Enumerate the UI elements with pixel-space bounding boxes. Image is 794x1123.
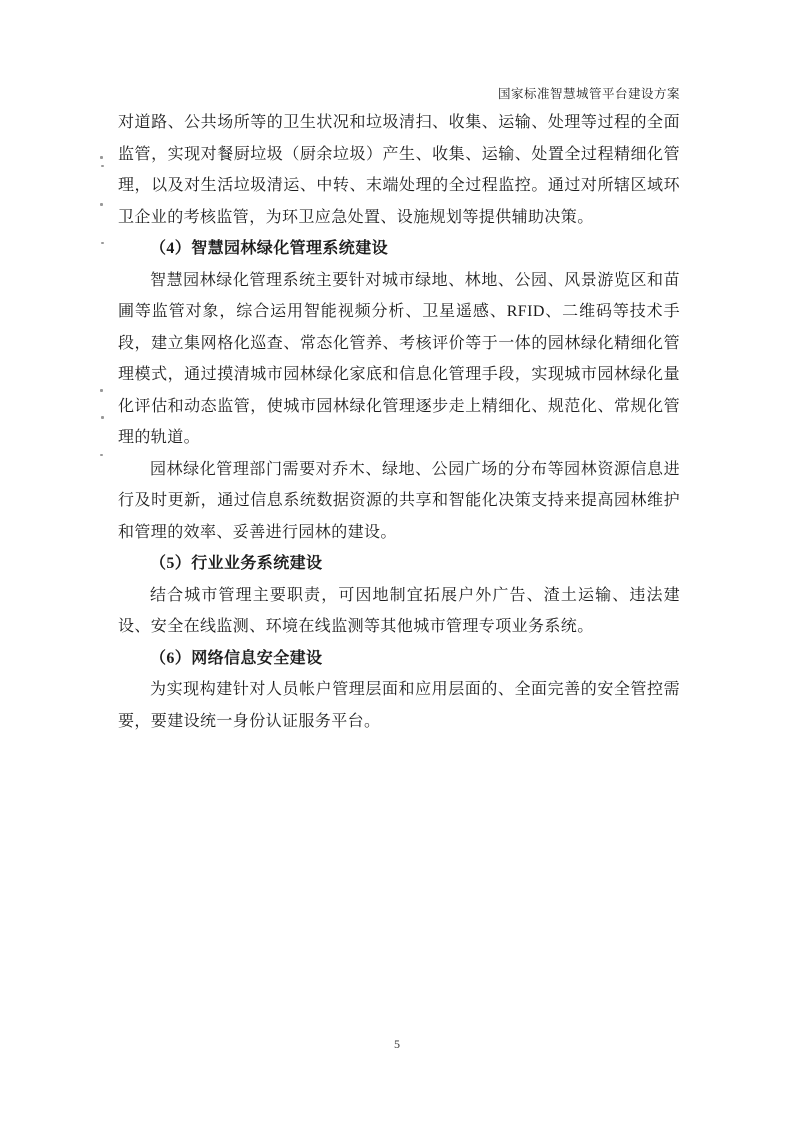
paragraph-landscaping-system-overview: 智慧园林绿化管理系统主要针对城市绿地、林地、公园、风景游览区和苗圃等监管对象，综… — [118, 265, 680, 454]
scan-artifact — [101, 165, 104, 167]
document-body: 对道路、公共场所等的卫生状况和垃圾清扫、收集、运输、处理等过程的全面监管，实现对… — [118, 107, 680, 737]
paragraph-industry-business-scope: 结合城市管理主要职责，可因地制宜拓展户外广告、渣土运输、违法建设、安全在线监测、… — [118, 580, 680, 643]
paragraph-identity-authentication-platform: 为实现构建针对人员帐户管理层面和应用层面的、全面完善的安全管控需要，要建设统一身… — [118, 674, 680, 737]
paragraph-landscaping-resource-update: 园林绿化管理部门需要对乔木、绿地、公园广场的分布等园林资源信息进行及时更新，通过… — [118, 454, 680, 549]
paragraph-sanitation-supervision: 对道路、公共场所等的卫生状况和垃圾清扫、收集、运输、处理等过程的全面监管，实现对… — [118, 107, 680, 233]
scan-artifact — [100, 389, 103, 392]
scan-artifact — [100, 454, 103, 456]
section-heading-6-network-security: （6）网络信息安全建设 — [118, 643, 680, 675]
running-header: 国家标准智慧城管平台建设方案 — [118, 86, 680, 102]
scan-artifact — [101, 242, 104, 244]
page-number: 5 — [0, 1036, 794, 1052]
scan-artifact — [100, 156, 103, 159]
scan-artifact — [101, 416, 104, 419]
section-heading-5-industry-business-system: （5）行业业务系统建设 — [118, 548, 680, 580]
document-page: 国家标准智慧城管平台建设方案 对道路、公共场所等的卫生状况和垃圾清扫、收集、运输… — [0, 0, 794, 1123]
section-heading-4-landscaping-system: （4）智慧园林绿化管理系统建设 — [118, 233, 680, 265]
scan-artifact — [100, 203, 103, 206]
